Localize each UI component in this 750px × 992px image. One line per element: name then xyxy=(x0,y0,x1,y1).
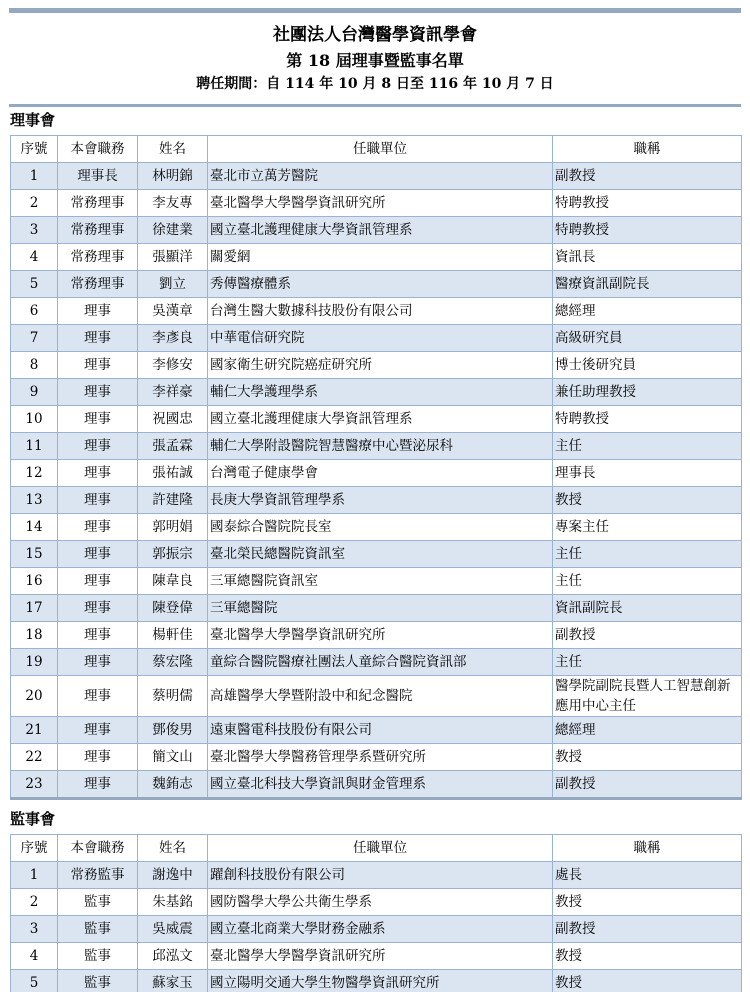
table-row: 1常務監事謝逸中躍創科技股份有限公司處長 xyxy=(11,862,742,889)
header-divider-bar xyxy=(9,104,741,107)
cell-name: 郭振宗 xyxy=(138,541,208,568)
cell-position: 監事 xyxy=(58,970,138,992)
section-heading-supervisors: 監事會 xyxy=(10,810,750,829)
cell-index: 1 xyxy=(11,862,58,889)
cell-position: 理事 xyxy=(58,379,138,406)
cell-name: 蘇家玉 xyxy=(138,970,208,992)
org-name-title: 社團法人台灣醫學資訊學會 xyxy=(0,22,750,48)
table-row: 20理事蔡明儒高雄醫學大學暨附設中和紀念醫院醫學院副院長暨人工智慧創新應用中心主… xyxy=(11,676,742,717)
table-row: 5監事蘇家玉國立陽明交通大學生物醫學資訊研究所教授 xyxy=(11,970,742,992)
cell-name: 祝國忠 xyxy=(138,406,208,433)
section-gap xyxy=(0,800,750,806)
cell-index: 5 xyxy=(11,271,58,298)
cell-name: 蔡宏隆 xyxy=(138,649,208,676)
cell-name: 李修安 xyxy=(138,352,208,379)
cell-index: 7 xyxy=(11,325,58,352)
cell-title: 主任 xyxy=(553,568,742,595)
cell-organization: 秀傳醫療體系 xyxy=(208,271,553,298)
cell-position: 監事 xyxy=(58,943,138,970)
cell-organization: 高雄醫學大學暨附設中和紀念醫院 xyxy=(208,676,553,717)
cell-name: 魏銪志 xyxy=(138,771,208,799)
cell-position: 常務理事 xyxy=(58,244,138,271)
cell-organization: 國立臺北商業大學財務金融系 xyxy=(208,916,553,943)
cell-index: 9 xyxy=(11,379,58,406)
cell-title: 教授 xyxy=(553,744,742,771)
cell-name: 張祐誠 xyxy=(138,460,208,487)
cell-index: 10 xyxy=(11,406,58,433)
cell-title: 資訊長 xyxy=(553,244,742,271)
cell-title: 副教授 xyxy=(553,916,742,943)
cell-organization: 國泰綜合醫院院長室 xyxy=(208,514,553,541)
cell-index: 8 xyxy=(11,352,58,379)
cell-organization: 國立臺北護理健康大學資訊管理系 xyxy=(208,406,553,433)
cell-organization: 國立陽明交通大學生物醫學資訊研究所 xyxy=(208,970,553,992)
cell-name: 邱泓文 xyxy=(138,943,208,970)
cell-position: 理事 xyxy=(58,744,138,771)
appointment-period: 聘任期間：自 114 年 10 月 8 日至 116 年 10 月 7 日 xyxy=(0,73,750,96)
cell-position: 理事 xyxy=(58,433,138,460)
cell-title: 醫療資訊副院長 xyxy=(553,271,742,298)
cell-title: 高級研究員 xyxy=(553,325,742,352)
cell-index: 4 xyxy=(11,244,58,271)
cell-title: 醫學院副院長暨人工智慧創新應用中心主任 xyxy=(553,676,742,717)
cell-index: 23 xyxy=(11,771,58,799)
cell-name: 張孟霖 xyxy=(138,433,208,460)
cell-title: 總經理 xyxy=(553,298,742,325)
cell-title: 主任 xyxy=(553,649,742,676)
cell-index: 18 xyxy=(11,622,58,649)
cell-index: 14 xyxy=(11,514,58,541)
cell-organization: 臺北榮民總醫院資訊室 xyxy=(208,541,553,568)
table-row: 1理事長林明錦臺北市立萬芳醫院副教授 xyxy=(11,163,742,190)
cell-position: 理事 xyxy=(58,717,138,744)
table-row: 2監事朱基銘國防醫學大學公共衛生學系教授 xyxy=(11,889,742,916)
cell-index: 6 xyxy=(11,298,58,325)
cell-organization: 中華電信研究院 xyxy=(208,325,553,352)
table-row: 19理事蔡宏隆童綜合醫院醫療社團法人童綜合醫院資訊部主任 xyxy=(11,649,742,676)
cell-name: 徐建業 xyxy=(138,217,208,244)
cell-title: 理事長 xyxy=(553,460,742,487)
cell-title: 主任 xyxy=(553,541,742,568)
cell-name: 李彥良 xyxy=(138,325,208,352)
cell-index: 13 xyxy=(11,487,58,514)
document-page: 社團法人台灣醫學資訊學會 第 18 屆理事暨監事名單 聘任期間：自 114 年 … xyxy=(0,8,750,992)
cell-title: 教授 xyxy=(553,487,742,514)
cell-index: 21 xyxy=(11,717,58,744)
cell-name: 李祥豪 xyxy=(138,379,208,406)
cell-organization: 長庚大學資訊管理學系 xyxy=(208,487,553,514)
document-header: 社團法人台灣醫學資訊學會 第 18 屆理事暨監事名單 聘任期間：自 114 年 … xyxy=(0,22,750,96)
cell-title: 資訊副院長 xyxy=(553,595,742,622)
cell-name: 朱基銘 xyxy=(138,889,208,916)
cell-name: 鄧俊男 xyxy=(138,717,208,744)
cell-organization: 躍創科技股份有限公司 xyxy=(208,862,553,889)
cell-organization: 輔仁大學護理學系 xyxy=(208,379,553,406)
cell-index: 3 xyxy=(11,217,58,244)
cell-index: 16 xyxy=(11,568,58,595)
table-row: 8理事李修安國家衛生研究院癌症研究所博士後研究員 xyxy=(11,352,742,379)
table-row: 3監事吳威震國立臺北商業大學財務金融系副教授 xyxy=(11,916,742,943)
cell-title: 專案主任 xyxy=(553,514,742,541)
cell-index: 19 xyxy=(11,649,58,676)
cell-position: 監事 xyxy=(58,916,138,943)
cell-name: 郭明娟 xyxy=(138,514,208,541)
table-row: 22理事簡文山臺北醫學大學醫務管理學系暨研究所教授 xyxy=(11,744,742,771)
table-row: 21理事鄧俊男遠東醫電科技股份有限公司總經理 xyxy=(11,717,742,744)
cell-index: 4 xyxy=(11,943,58,970)
column-header: 序號 xyxy=(11,136,58,163)
cell-position: 理事 xyxy=(58,541,138,568)
supervisors-table: 序號本會職務姓名任職單位職稱1常務監事謝逸中躍創科技股份有限公司處長2監事朱基銘… xyxy=(10,834,742,992)
cell-organization: 輔仁大學附設醫院智慧醫療中心暨泌尿科 xyxy=(208,433,553,460)
column-header: 序號 xyxy=(11,835,58,862)
table-row: 12理事張祐誠台灣電子健康學會理事長 xyxy=(11,460,742,487)
table-row: 4常務理事張顯洋關愛網資訊長 xyxy=(11,244,742,271)
header-row: 序號本會職務姓名任職單位職稱 xyxy=(11,835,742,862)
cell-name: 陳登偉 xyxy=(138,595,208,622)
cell-position: 常務理事 xyxy=(58,271,138,298)
cell-organization: 臺北醫學大學醫學資訊研究所 xyxy=(208,190,553,217)
cell-title: 特聘教授 xyxy=(553,217,742,244)
cell-title: 教授 xyxy=(553,889,742,916)
cell-title: 特聘教授 xyxy=(553,190,742,217)
cell-position: 理事 xyxy=(58,771,138,799)
cell-organization: 遠東醫電科技股份有限公司 xyxy=(208,717,553,744)
directors-table: 序號本會職務姓名任職單位職稱1理事長林明錦臺北市立萬芳醫院副教授2常務理事李友專… xyxy=(10,135,742,800)
column-header: 任職單位 xyxy=(208,136,553,163)
cell-position: 理事 xyxy=(58,460,138,487)
cell-index: 12 xyxy=(11,460,58,487)
cell-index: 5 xyxy=(11,970,58,992)
cell-name: 劉立 xyxy=(138,271,208,298)
cell-name: 李友專 xyxy=(138,190,208,217)
cell-organization: 三軍總醫院資訊室 xyxy=(208,568,553,595)
list-title: 第 18 屆理事暨監事名單 xyxy=(0,48,750,73)
table-row: 23理事魏銪志國立臺北科技大學資訊與財金管理系副教授 xyxy=(11,771,742,799)
cell-position: 理事 xyxy=(58,352,138,379)
column-header: 姓名 xyxy=(138,136,208,163)
cell-organization: 國立臺北科技大學資訊與財金管理系 xyxy=(208,771,553,799)
cell-position: 理事 xyxy=(58,568,138,595)
table-row: 4監事邱泓文臺北醫學大學醫學資訊研究所教授 xyxy=(11,943,742,970)
cell-organization: 台灣電子健康學會 xyxy=(208,460,553,487)
cell-name: 簡文山 xyxy=(138,744,208,771)
cell-organization: 國家衛生研究院癌症研究所 xyxy=(208,352,553,379)
table-row: 9理事李祥豪輔仁大學護理學系兼任助理教授 xyxy=(11,379,742,406)
supervisors-section: 監事會 序號本會職務姓名任職單位職稱1常務監事謝逸中躍創科技股份有限公司處長2監… xyxy=(0,810,750,992)
cell-organization: 臺北醫學大學醫務管理學系暨研究所 xyxy=(208,744,553,771)
column-header: 職稱 xyxy=(553,835,742,862)
cell-name: 謝逸中 xyxy=(138,862,208,889)
cell-position: 理事長 xyxy=(58,163,138,190)
cell-title: 主任 xyxy=(553,433,742,460)
cell-name: 林明錦 xyxy=(138,163,208,190)
cell-index: 11 xyxy=(11,433,58,460)
cell-title: 處長 xyxy=(553,862,742,889)
cell-index: 3 xyxy=(11,916,58,943)
cell-title: 教授 xyxy=(553,943,742,970)
cell-title: 特聘教授 xyxy=(553,406,742,433)
cell-title: 教授 xyxy=(553,970,742,992)
table-row: 15理事郭振宗臺北榮民總醫院資訊室主任 xyxy=(11,541,742,568)
cell-organization: 國防醫學大學公共衛生學系 xyxy=(208,889,553,916)
table-row: 5常務理事劉立秀傳醫療體系醫療資訊副院長 xyxy=(11,271,742,298)
cell-name: 許建隆 xyxy=(138,487,208,514)
table-row: 10理事祝國忠國立臺北護理健康大學資訊管理系特聘教授 xyxy=(11,406,742,433)
cell-name: 蔡明儒 xyxy=(138,676,208,717)
table-row: 13理事許建隆長庚大學資訊管理學系教授 xyxy=(11,487,742,514)
cell-index: 20 xyxy=(11,676,58,717)
cell-organization: 國立臺北護理健康大學資訊管理系 xyxy=(208,217,553,244)
cell-index: 2 xyxy=(11,190,58,217)
cell-title: 總經理 xyxy=(553,717,742,744)
cell-position: 理事 xyxy=(58,325,138,352)
column-header: 姓名 xyxy=(138,835,208,862)
table-row: 18理事楊軒佳臺北醫學大學醫學資訊研究所副教授 xyxy=(11,622,742,649)
cell-organization: 關愛網 xyxy=(208,244,553,271)
table-row: 2常務理事李友專臺北醫學大學醫學資訊研究所特聘教授 xyxy=(11,190,742,217)
table-row: 3常務理事徐建業國立臺北護理健康大學資訊管理系特聘教授 xyxy=(11,217,742,244)
cell-position: 理事 xyxy=(58,649,138,676)
column-header: 任職單位 xyxy=(208,835,553,862)
cell-name: 吳漢章 xyxy=(138,298,208,325)
cell-organization: 三軍總醫院 xyxy=(208,595,553,622)
header-row: 序號本會職務姓名任職單位職稱 xyxy=(11,136,742,163)
cell-organization: 臺北醫學大學醫學資訊研究所 xyxy=(208,622,553,649)
table-row: 11理事張孟霖輔仁大學附設醫院智慧醫療中心暨泌尿科主任 xyxy=(11,433,742,460)
cell-index: 1 xyxy=(11,163,58,190)
top-border-bar xyxy=(9,8,741,13)
cell-position: 常務監事 xyxy=(58,862,138,889)
cell-title: 副教授 xyxy=(553,771,742,799)
cell-position: 理事 xyxy=(58,622,138,649)
cell-organization: 台灣生醫大數據科技股份有限公司 xyxy=(208,298,553,325)
cell-position: 理事 xyxy=(58,676,138,717)
column-header: 本會職務 xyxy=(58,835,138,862)
table-row: 16理事陳韋良三軍總醫院資訊室主任 xyxy=(11,568,742,595)
cell-title: 兼任助理教授 xyxy=(553,379,742,406)
cell-position: 常務理事 xyxy=(58,190,138,217)
cell-position: 監事 xyxy=(58,889,138,916)
column-header: 職稱 xyxy=(553,136,742,163)
cell-index: 17 xyxy=(11,595,58,622)
table-row: 7理事李彥良中華電信研究院高級研究員 xyxy=(11,325,742,352)
cell-organization: 童綜合醫院醫療社團法人童綜合醫院資訊部 xyxy=(208,649,553,676)
cell-organization: 臺北醫學大學醫學資訊研究所 xyxy=(208,943,553,970)
table-row: 6理事吳漢章台灣生醫大數據科技股份有限公司總經理 xyxy=(11,298,742,325)
table-row: 14理事郭明娟國泰綜合醫院院長室專案主任 xyxy=(11,514,742,541)
cell-organization: 臺北市立萬芳醫院 xyxy=(208,163,553,190)
cell-position: 理事 xyxy=(58,595,138,622)
directors-section: 理事會 序號本會職務姓名任職單位職稱1理事長林明錦臺北市立萬芳醫院副教授2常務理… xyxy=(0,111,750,800)
cell-index: 22 xyxy=(11,744,58,771)
section-heading-directors: 理事會 xyxy=(10,111,750,130)
cell-position: 常務理事 xyxy=(58,217,138,244)
table-row: 17理事陳登偉三軍總醫院資訊副院長 xyxy=(11,595,742,622)
cell-position: 理事 xyxy=(58,406,138,433)
cell-title: 副教授 xyxy=(553,622,742,649)
cell-index: 15 xyxy=(11,541,58,568)
cell-name: 吳威震 xyxy=(138,916,208,943)
column-header: 本會職務 xyxy=(58,136,138,163)
cell-name: 陳韋良 xyxy=(138,568,208,595)
cell-title: 博士後研究員 xyxy=(553,352,742,379)
cell-position: 理事 xyxy=(58,298,138,325)
cell-index: 2 xyxy=(11,889,58,916)
cell-position: 理事 xyxy=(58,514,138,541)
cell-name: 張顯洋 xyxy=(138,244,208,271)
cell-position: 理事 xyxy=(58,487,138,514)
cell-name: 楊軒佳 xyxy=(138,622,208,649)
cell-title: 副教授 xyxy=(553,163,742,190)
